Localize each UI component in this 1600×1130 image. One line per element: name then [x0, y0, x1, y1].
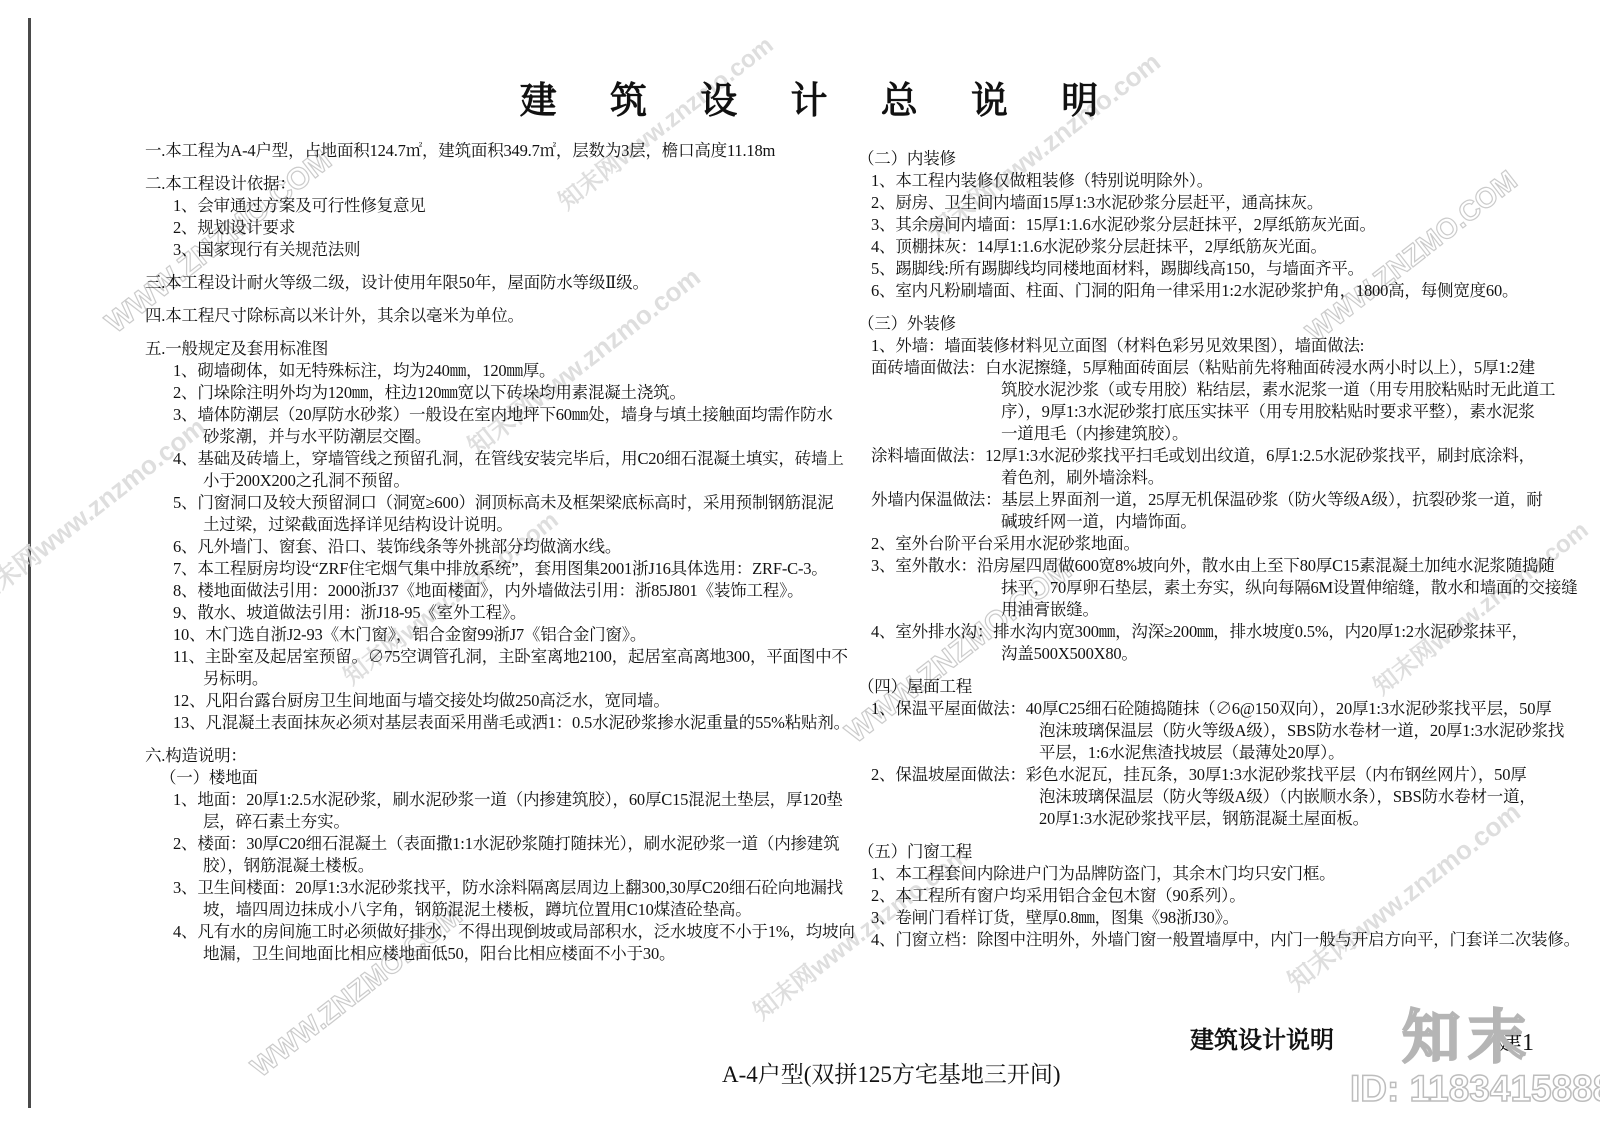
text-line: 1、保温平屋面做法：40厚C25细石砼随捣随抹（∅6@150双向），20厚1:3…: [843, 698, 1560, 720]
text-line: 一道甩毛（内掺建筑胶）。: [843, 423, 1560, 445]
notes-section: （二）内装修1、本工程内装修仅做粗装修（特别说明除外）。2、厨房、卫生间内墙面1…: [843, 148, 1560, 302]
text-line: 4、基础及砖墙上，穿墙管线之预留孔洞，在管线安装完毕后，用C20细石混凝土填实，…: [145, 448, 810, 470]
text-line: 4、室外排水沟：排水沟内宽300㎜，沟深≥200㎜，排水坡度0.5%，内20厚1…: [843, 621, 1560, 643]
text-line: 1、本工程内装修仅做粗装修（特别说明除外）。: [843, 170, 1560, 192]
sheet-border-line: [28, 18, 31, 1108]
text-line: 11、主卧室及起居室预留。∅75空调管孔洞，主卧室离地2100，起居室高离地30…: [145, 646, 810, 668]
text-line: 3、室外散水：沿房屋四周做600宽8%坡向外，散水由上至下80厚C15素混凝土加…: [843, 555, 1560, 577]
text-line: 抹平，70厚卵石垫层，素土夯实，纵向每隔6M设置伸缩缝，散水和墙面的交接缝: [843, 577, 1560, 599]
text-line: 6、凡外墙门、窗套、沿口、装饰线条等外挑部分均做滴水线。: [145, 536, 810, 558]
text-line: 2、厨房、卫生间内墙面15厚1:3水泥砂浆分层赶平，通高抹灰。: [843, 192, 1560, 214]
text-line: 1、砌墙砌体，如无特殊标注，均为240㎜，120㎜厚。: [145, 360, 810, 382]
text-line: 5、门窗洞口及较大预留洞口（洞宽≥600）洞顶标高未及框架梁底标高时，采用预制钢…: [145, 492, 810, 514]
text-line: 13、凡混凝土表面抹灰必须对基层表面采用凿毛或洒1：0.5水泥砂浆掺水泥重量的5…: [145, 712, 810, 734]
text-line: 三.本工程设计耐火等级二级，设计使用年限50年，屋面防水等级Ⅱ级。: [145, 272, 810, 294]
text-line: 2、规划设计要求: [145, 217, 810, 239]
text-line: 3、卷闸门看样订货，壁厚0.8㎜，图集《98浙J30》。: [843, 907, 1560, 929]
text-line: 1、地面：20厚1:2.5水泥砂浆，刷水泥砂浆一道（内掺建筑胶），60厚C15混…: [145, 789, 810, 811]
text-line: （一）楼地面: [145, 767, 810, 789]
notes-section: （五）门窗工程1、本工程套间内除进户门为品牌防盗门，其余木门均只安门框。2、本工…: [843, 841, 1560, 951]
text-line: 用油膏嵌缝。: [843, 599, 1560, 621]
text-line: 3、国家现行有关规范法则: [145, 239, 810, 261]
text-line: 二.本工程设计依据：: [145, 173, 810, 195]
text-line: 砂浆潮，并与水平防潮层交圈。: [145, 426, 810, 448]
notes-section: （三）外装修1、外墙：墙面装修材料见立面图（材料色彩另见效果图），墙面做法:面砖…: [843, 313, 1560, 665]
text-line: 层，碎石素土夯实。: [145, 811, 810, 833]
text-line: 6、室内凡粉刷墙面、柱面、门洞的阳角一律采用1:2水泥砂浆护角，1800高，每侧…: [843, 280, 1560, 302]
notes-column-left: 一.本工程为A-4户型，占地面积124.7㎡，建筑面积349.7㎡，层数为3层，…: [145, 140, 810, 976]
text-line: 外墙内保温做法：基层上界面剂一道，25厚无机保温砂浆（防火等级A级），抗裂砂浆一…: [843, 489, 1560, 511]
text-line: 3、墙体防潮层（20厚防水砂浆）一般设在室内地坪下60㎜处，墙身与填土接触面均需…: [145, 404, 810, 426]
text-line: 4、凡有水的房间施工时必须做好排水，不得出现倒坡或局部积水，泛水坡度不小于1%，…: [145, 921, 810, 943]
text-line: （五）门窗工程: [843, 841, 1560, 863]
notes-section: 四.本工程尺寸除标高以米计外，其余以毫米为单位。: [145, 305, 810, 327]
text-line: 1、本工程套间内除进户门为品牌防盗门，其余木门均只安门框。: [843, 863, 1560, 885]
text-line: 四.本工程尺寸除标高以米计外，其余以毫米为单位。: [145, 305, 810, 327]
text-line: 土过梁，过梁截面选择详见结构设计说明。: [145, 514, 810, 536]
drawing-sheet: { "page": { "title": "建 筑 设 计 总 说 明", "w…: [0, 0, 1600, 1130]
text-line: 3、其余房间内墙面：15厚1:1.6水泥砂浆分层赶抹平，2厚纸筋灰光面。: [843, 214, 1560, 236]
text-line: 泡沫玻璃保温层（防火等级A级），SBS防水卷材一道，20厚1:3水泥砂浆找: [843, 720, 1560, 742]
text-line: 另标明。: [145, 668, 810, 690]
notes-section: （四）屋面工程1、保温平屋面做法：40厚C25细石砼随捣随抹（∅6@150双向）…: [843, 676, 1560, 830]
notes-column-right: （二）内装修1、本工程内装修仅做粗装修（特别说明除外）。2、厨房、卫生间内墙面1…: [843, 148, 1560, 962]
text-line: 2、楼面：30厚C20细石混凝土（表面撒1:1水泥砂浆随打随抹光），刷水泥砂浆一…: [145, 833, 810, 855]
footer-sheet-number: 建1: [1498, 1022, 1534, 1057]
text-line: 沟盖500X500X80。: [843, 643, 1560, 665]
notes-section: 一.本工程为A-4户型，占地面积124.7㎡，建筑面积349.7㎡，层数为3层，…: [145, 140, 810, 162]
notes-section: 五.一般规定及套用标准图1、砌墙砌体，如无特殊标注，均为240㎜，120㎜厚。2…: [145, 338, 810, 734]
text-line: 12、凡阳台露台厨房卫生间地面与墙交接处均做250高泛水，宽同墙。: [145, 690, 810, 712]
text-line: （二）内装修: [843, 148, 1560, 170]
text-line: （三）外装修: [843, 313, 1560, 335]
text-line: 1、会审通过方案及可行性修复意见: [145, 195, 810, 217]
text-line: 筑胶水泥沙浆（或专用胶）粘结层，素水泥浆一道（用专用胶粘贴时无此道工: [843, 379, 1560, 401]
text-line: 2、保温坡屋面做法：彩色水泥瓦，挂瓦条，30厚1:3水泥砂浆找平层（内布钢丝网片…: [843, 764, 1560, 786]
notes-section: 三.本工程设计耐火等级二级，设计使用年限50年，屋面防水等级Ⅱ级。: [145, 272, 810, 294]
page-title: 建 筑 设 计 总 说 明: [0, 70, 1600, 124]
text-line: 4、顶棚抹灰：14厚1:1.6水泥砂浆分层赶抹平，2厚纸筋灰光面。: [843, 236, 1560, 258]
text-line: 平层，1:6水泥焦渣找坡层（最薄处20厚）。: [843, 742, 1560, 764]
text-line: 着色剂，刷外墙涂料。: [843, 467, 1560, 489]
text-line: 胶），钢筋混凝土楼板。: [145, 855, 810, 877]
text-line: 序），9厚1:3水泥砂浆打底压实抹平（用专用胶粘贴时要求平整），素水泥浆: [843, 401, 1560, 423]
text-line: 面砖墙面做法：白水泥擦缝，5厚釉面砖面层（粘贴前先将釉面砖浸水两小时以上），5厚…: [843, 357, 1560, 379]
text-line: 地漏，卫生间地面比相应楼地面低50，阳台比相应楼面不小于30。: [145, 943, 810, 965]
text-line: 5、踢脚线:所有踢脚线均同楼地面材料，踢脚线高150，与墙面齐平。: [843, 258, 1560, 280]
text-line: 3、卫生间楼面：20厚1:3水泥砂浆找平，防水涂料隔离层周边上翻300,30厚C…: [145, 877, 810, 899]
text-line: 2、本工程所有窗户均采用铝合金包木窗（90系列）。: [843, 885, 1560, 907]
text-line: 9、散水、坡道做法引用：浙J18-95《室外工程》。: [145, 602, 810, 624]
text-line: 2、室外台阶平台采用水泥砂浆地面。: [843, 533, 1560, 555]
text-line: 7、本工程厨房均设“ZRF住宅烟气集中排放系统”，套用图集2001浙J16具体选…: [145, 558, 810, 580]
watermark-id-number: ID: 1183415888: [1350, 1068, 1600, 1110]
text-line: （四）屋面工程: [843, 676, 1560, 698]
text-line: 一.本工程为A-4户型，占地面积124.7㎡，建筑面积349.7㎡，层数为3层，…: [145, 140, 810, 162]
text-line: 8、楼地面做法引用：2000浙J37《地面楼面》，内外墙做法引用：浙85J801…: [145, 580, 810, 602]
notes-section: 二.本工程设计依据：1、会审通过方案及可行性修复意见2、规划设计要求3、国家现行…: [145, 173, 810, 261]
text-line: 泡沫玻璃保温层（防火等级A级）（内嵌顺水条），SBS防水卷材一道，: [843, 786, 1560, 808]
notes-section: 六.构造说明：（一）楼地面1、地面：20厚1:2.5水泥砂浆，刷水泥砂浆一道（内…: [145, 745, 810, 965]
text-line: 10、木门选自浙J2-93《木门窗》，铝合金窗99浙J7《铝合金门窗》。: [145, 624, 810, 646]
text-line: 六.构造说明：: [145, 745, 810, 767]
text-line: 4、门窗立档：除图中注明外，外墙门窗一般置墙厚中，内门一般与开启方向平，门套详二…: [843, 929, 1560, 951]
text-line: 五.一般规定及套用标准图: [145, 338, 810, 360]
text-line: 2、门垛除注明外均为120㎜，柱边120㎜宽以下砖垛均用素混凝土浇筑。: [145, 382, 810, 404]
text-line: 20厚1:3水泥砂浆找平层，钢筋混凝土屋面板。: [843, 808, 1560, 830]
text-line: 1、外墙：墙面装修材料见立面图（材料色彩另见效果图），墙面做法:: [843, 335, 1560, 357]
footer-house-type-label: A-4户型(双拼125方宅基地三开间): [722, 1056, 1061, 1089]
text-line: 小于200X200之孔洞不预留。: [145, 470, 810, 492]
footer-doc-title: 建筑设计说明: [1190, 1020, 1334, 1055]
text-line: 碱玻纤网一道，内墙饰面。: [843, 511, 1560, 533]
text-line: 坡，墙四周边抹成小八字角，钢筋混泥土楼板，蹲坑位置用C10煤渣砼垫高。: [145, 899, 810, 921]
text-line: 涂料墙面做法：12厚1:3水泥砂浆找平扫毛或划出纹道，6厚1:2.5水泥砂浆找平…: [843, 445, 1560, 467]
